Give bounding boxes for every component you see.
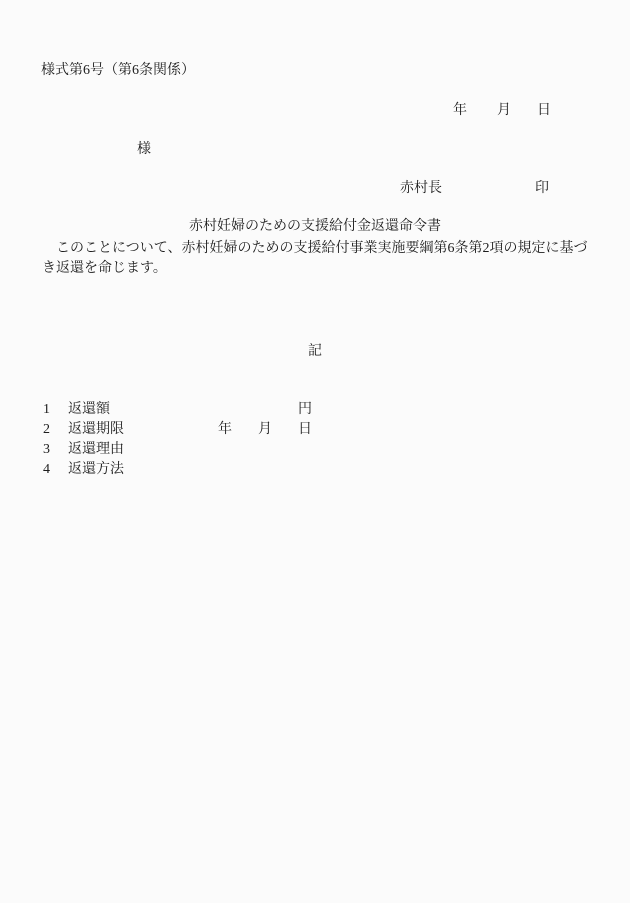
document-page: 様式第6号（第6条関係） 年 月 日 様 赤村長 印 赤村妊婦のための支援給付金… [0,0,630,903]
item-label: 返還期限 [68,420,124,440]
body-line-1: このことについて、赤村妊婦のための支援給付事業実施要綱第6条第2項の規定に基づ [42,239,598,259]
deadline-day-label: 日 [298,420,312,440]
form-number: 様式第6号（第6条関係） [41,61,195,81]
date-month-label: 月 [497,101,511,121]
addressee-honorific: 様 [137,140,151,160]
seal-placeholder: 印 [535,179,549,199]
record-marker: 記 [0,342,630,362]
item-row-return-amount: 1 返還額 円 [43,400,603,420]
item-number: 3 [43,440,50,460]
item-row-return-deadline: 2 返還期限 年 月 日 [43,420,603,440]
item-number: 2 [43,420,50,440]
deadline-year-label: 年 [218,420,232,440]
item-label: 返還理由 [68,440,124,460]
item-list: 1 返還額 円 2 返還期限 年 月 日 3 返還理由 4 返還方法 [43,400,603,480]
item-label: 返還額 [68,400,110,420]
issuer-line: 赤村長 印 [400,179,580,199]
date-day-label: 日 [537,101,551,121]
date-year-label: 年 [453,101,467,121]
item-row-return-method: 4 返還方法 [43,460,603,480]
document-title: 赤村妊婦のための支援給付金返還命令書 [0,217,630,237]
body-paragraph: このことについて、赤村妊婦のための支援給付事業実施要綱第6条第2項の規定に基づ … [42,239,598,279]
issuer-name: 赤村長 [400,179,442,199]
item-number: 4 [43,460,50,480]
item-row-return-reason: 3 返還理由 [43,440,603,460]
body-line-2: き返還を命じます。 [42,259,598,279]
item-number: 1 [43,400,50,420]
yen-unit-label: 円 [298,400,312,420]
item-label: 返還方法 [68,460,124,480]
deadline-month-label: 月 [258,420,272,440]
issue-date-line: 年 月 日 [453,101,573,121]
